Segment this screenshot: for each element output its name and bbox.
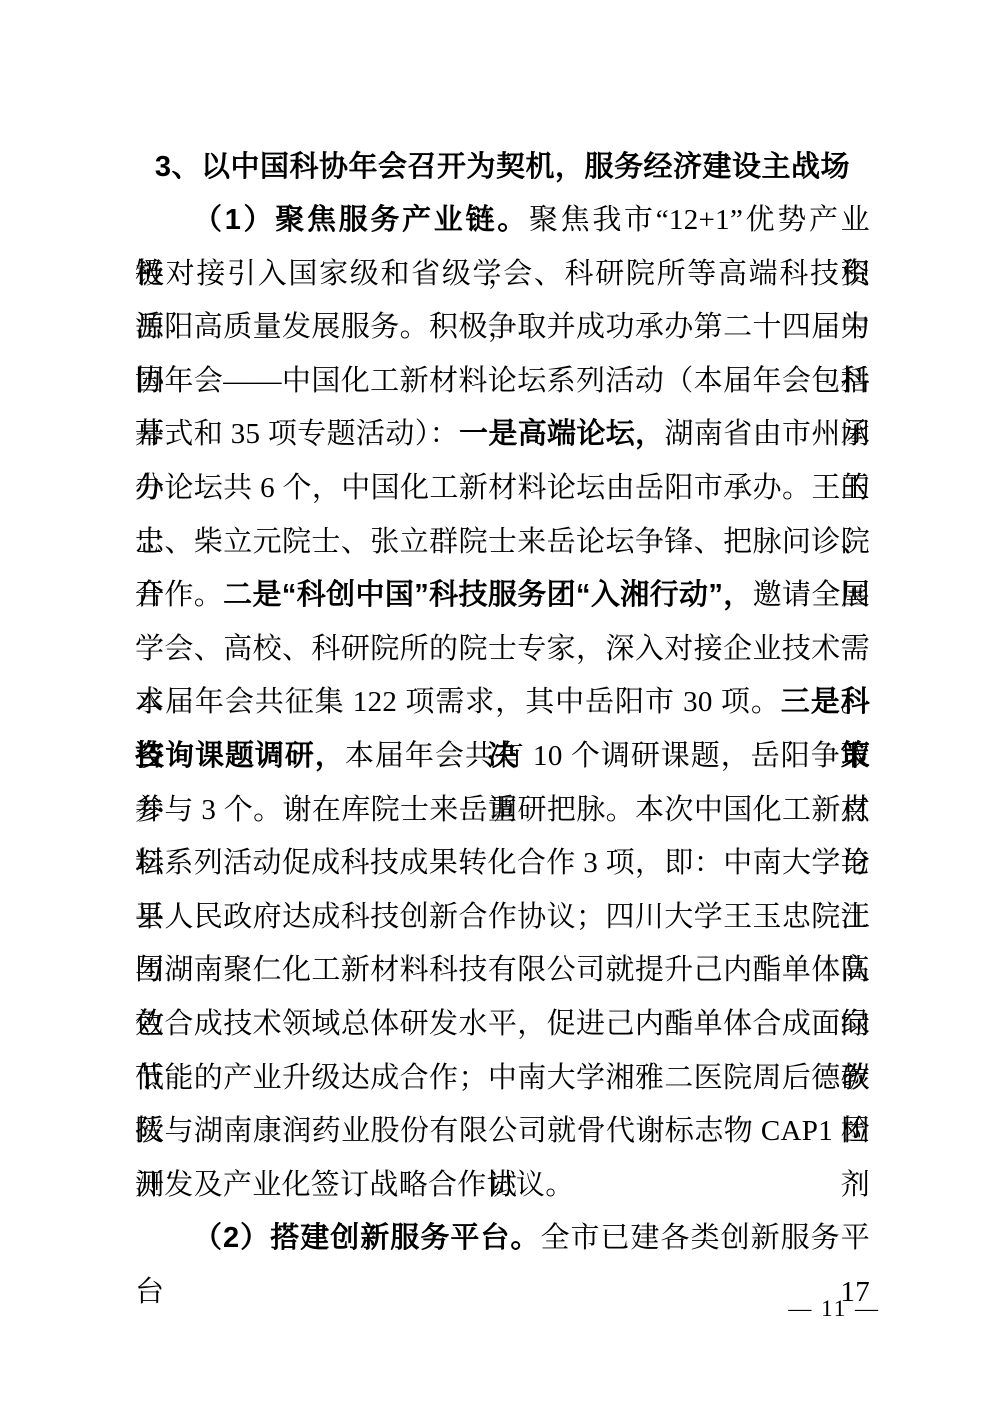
text-run: 幕式和 35 项专题活动）： [135, 418, 459, 450]
text-run: 本届年会共征集 122 项需求，其中岳阳市 30 项。 [135, 686, 781, 718]
text-line: 学会、高校、科研院所的院士专家，深入对接企业技术需求。 [135, 623, 870, 677]
page-number: — 11 — [788, 1296, 880, 1322]
text-line: 协年会——中国化工新材料论坛系列活动（本届年会包括开闭 [135, 355, 870, 409]
text-line: 幕式和 35 项专题活动）：一是高端论坛，湖南省由市州承办的 [135, 408, 870, 462]
bold-text-run: （1）聚焦服务产业链。 [193, 204, 529, 236]
text-line: 节能的产业升级达成合作；中南大学湘雅二医院周后德教授团 [135, 1052, 870, 1106]
text-run: 邀请全国 [753, 579, 870, 611]
text-line: 参与 3 个。谢在库院士来岳调研把脉。本次中国化工新材料论 [135, 784, 870, 838]
document-content: 3、以中国科协年会召开为契机，服务经济建设主战场 （1）聚焦服务产业链。聚焦我市… [135, 140, 870, 1266]
document-page: 3、以中国科协年会召开为契机，服务经济建设主战场 （1）聚焦服务产业链。聚焦我市… [0, 0, 1000, 1414]
text-line: 色合成技术领域总体研发水平，促进己内酯单体合成面向低碳 [135, 998, 870, 1052]
text-line: 本届年会共征集 122 项需求，其中岳阳市 30 项。三是科技决策 [135, 676, 870, 730]
text-line: 分论坛共 6 个，中国化工新材料论坛由岳阳市承办。王玉忠院 [135, 462, 870, 516]
text-run: 开发及产业化签订战略合作协议。 [135, 1169, 575, 1201]
bold-text-run: 一是高端论坛， [459, 418, 665, 450]
document-body: （1）聚焦服务产业链。聚焦我市“12+1”优势产业链，积极对接引入国家级和省级学… [135, 194, 870, 1266]
text-line: 士、柴立元院士、张立群院士来岳论坛争锋、把脉问诊、开展 [135, 516, 870, 570]
text-line: 与湖南聚仁化工新材料科技有限公司就提升己内酯单体高效绿 [135, 944, 870, 998]
section-heading: 3、以中国科协年会召开为契机，服务经济建设主战场 [135, 140, 870, 194]
bold-text-run: 二是“科创中国”科技服务团“入湘行动”， [223, 579, 752, 611]
text-line: 队与湖南康润药业股份有限公司就骨代谢标志物 CAP1 检测试剂 [135, 1105, 870, 1159]
text-line: 坛系列活动促成科技成果转化合作 3 项，即：中南大学与平江 [135, 837, 870, 891]
text-run: 合作。 [135, 579, 223, 611]
text-line: （1）聚焦服务产业链。聚焦我市“12+1”优势产业链，积 [135, 194, 870, 248]
bold-text-run: （2）搭建创新服务平台。 [193, 1222, 540, 1254]
text-line: 极对接引入国家级和省级学会、科研院所等高端科技资源，为 [135, 248, 870, 302]
text-line: 县人民政府达成科技创新合作协议；四川大学王玉忠院士团队 [135, 891, 870, 945]
text-line: 咨询课题调研，本届年会共有 10 个调研课题，岳阳争取并重点 [135, 730, 870, 784]
text-line: 岳阳高质量发展服务。积极争取并成功承办第二十四届中国科 [135, 301, 870, 355]
bold-text-run: 咨询课题调研， [135, 740, 345, 772]
text-line: 合作。二是“科创中国”科技服务团“入湘行动”，邀请全国 [135, 569, 870, 623]
text-line: （2）搭建创新服务平台。全市已建各类创新服务平台 17 [135, 1212, 870, 1266]
